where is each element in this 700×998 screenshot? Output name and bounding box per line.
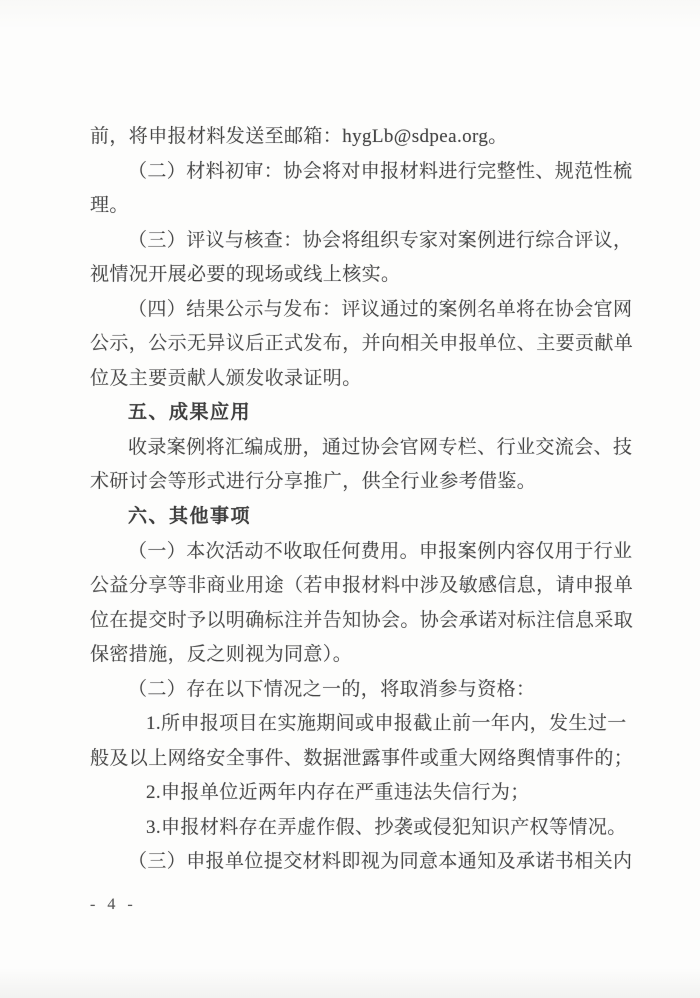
text-line: （一）本次活动不收取任何费用。申报案例内容仅用于行业: [90, 535, 638, 570]
document-body: 前，将申报材料发送至邮箱：hygLb@sdpea.org。 （二）材料初审：协会…: [90, 120, 638, 880]
list-item-3: 3.申报材料存在弄虚作假、抄袭或侵犯知识产权等情况。: [90, 811, 638, 846]
list-item-1: 1.所申报项目在实施期间或申报截止前一年内，发生过一: [90, 707, 638, 742]
text-line: 前，将申报材料发送至邮箱：hygLb@sdpea.org。: [90, 120, 638, 155]
text-line: （二）存在以下情况之一的，将取消参与资格：: [90, 673, 638, 708]
text-line: 位在提交时予以明确标注并告知协会。协会承诺对标注信息采取: [90, 604, 638, 639]
text-line: 收录案例将汇编成册，通过协会官网专栏、行业交流会、技: [90, 431, 638, 466]
text-line: 保密措施，反之则视为同意）。: [90, 638, 638, 673]
text-line: （三）申报单位提交材料即视为同意本通知及承诺书相关内: [90, 845, 638, 880]
text-line: 视情况开展必要的现场或线上核实。: [90, 258, 638, 293]
text-line: （四）结果公示与发布：评议通过的案例名单将在协会官网: [90, 293, 638, 328]
text-line: 术研讨会等形式进行分享推广，供全行业参考借鉴。: [90, 465, 638, 500]
section-heading-other-matters: 六、其他事项: [90, 500, 638, 535]
text-line: （三）评议与核查：协会将组织专家对案例进行综合评议，: [90, 224, 638, 259]
text-line: 般及以上网络安全事件、数据泄露事件或重大网络舆情事件的；: [90, 742, 638, 777]
text-line: 公益分享等非商业用途（若申报材料中涉及敏感信息，请申报单: [90, 569, 638, 604]
text-line: 公示，公示无异议后正式发布，并向相关申报单位、主要贡献单: [90, 327, 638, 362]
text-line: 位及主要贡献人颁发收录证明。: [90, 362, 638, 397]
text-line: （二）材料初审：协会将对申报材料进行完整性、规范性梳: [90, 155, 638, 190]
page-number: - 4 -: [90, 896, 137, 914]
document-page: 前，将申报材料发送至邮箱：hygLb@sdpea.org。 （二）材料初审：协会…: [0, 0, 700, 998]
text-line: 理。: [90, 189, 638, 224]
list-item-2: 2.申报单位近两年内存在严重违法失信行为；: [90, 776, 638, 811]
section-heading-results-application: 五、成果应用: [90, 396, 638, 431]
